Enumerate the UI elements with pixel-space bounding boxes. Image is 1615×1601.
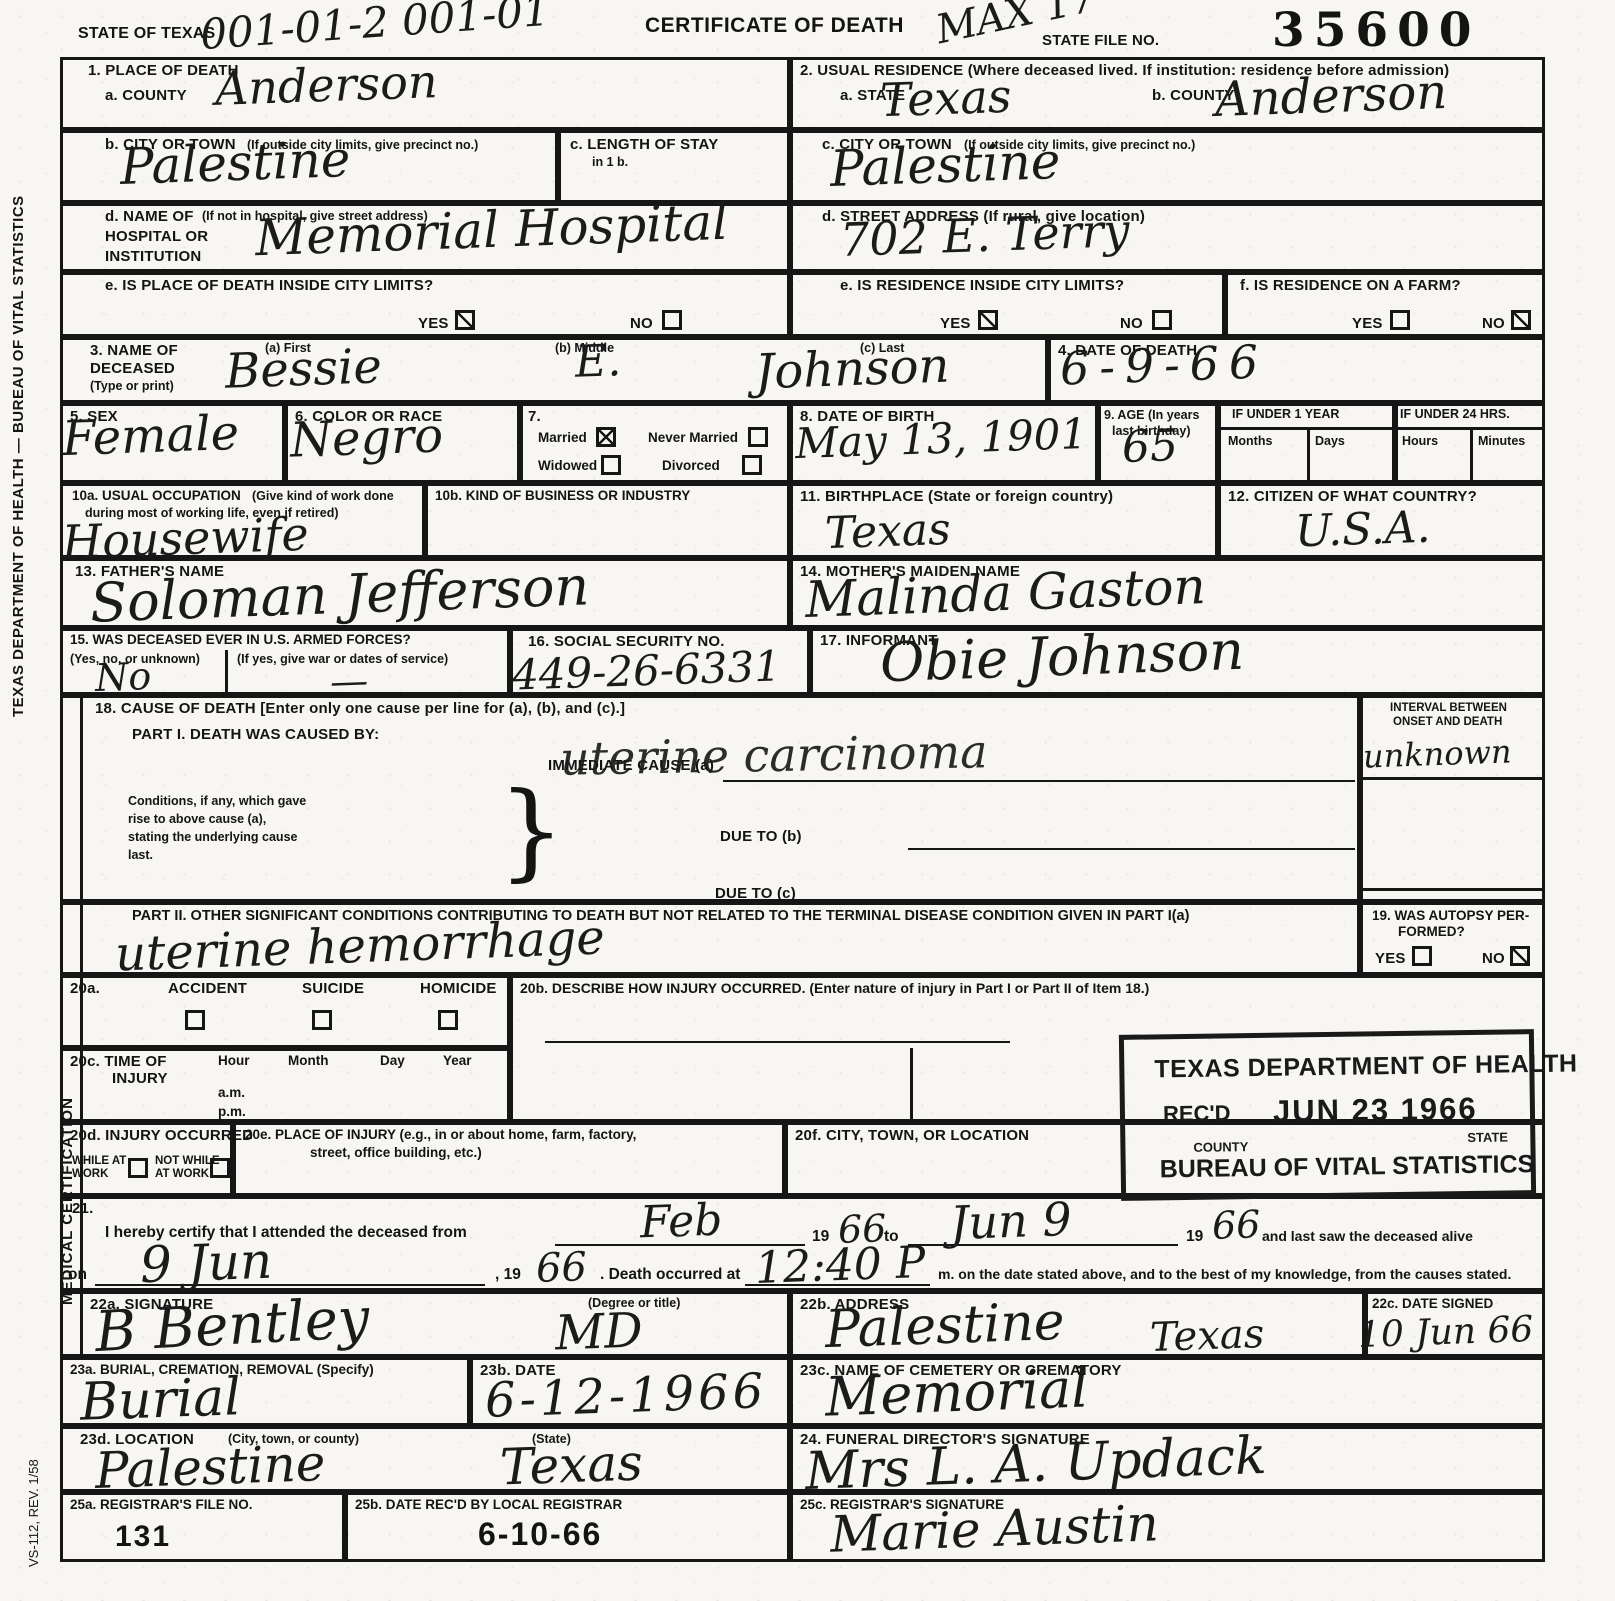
am-label: a.m.	[218, 1085, 245, 1101]
cemetery-value: Memorial	[824, 1361, 1089, 1424]
under-24-hrs-label: IF UNDER 24 HRS.	[1400, 407, 1510, 421]
state-file-number: 35600	[1272, 4, 1481, 58]
part1-label: PART I. DEATH WAS CAUSED BY:	[132, 726, 379, 743]
registrar-file-label: 25a. REGISTRAR'S FILE NO.	[70, 1497, 253, 1513]
time-of-injury-label1: 20c. TIME OF	[70, 1053, 167, 1070]
homicide-checkbox	[438, 1010, 458, 1030]
conditions-brace: }	[498, 770, 565, 892]
ssn-value: 449-26-6331	[511, 645, 781, 696]
birthplace-value: Texas	[824, 508, 951, 556]
name-label1: 3. NAME OF	[90, 342, 178, 359]
place-limits-no-label: NO	[630, 315, 653, 332]
received-stamp: TEXAS DEPARTMENT OF HEALTH REC'D JUN 23 …	[1119, 1029, 1536, 1201]
length-of-stay-label: c. LENGTH OF STAY	[570, 136, 718, 153]
residence-county-value: Anderson	[1214, 68, 1448, 124]
farm-no-checkbox	[1511, 310, 1531, 330]
due-to-c-line	[905, 877, 1355, 905]
place-of-injury-label2: street, office building, etc.)	[310, 1145, 482, 1161]
certify-19-2: 19	[1186, 1228, 1203, 1246]
married-checkbox	[596, 427, 616, 447]
under-1-year-label: IF UNDER 1 YEAR	[1232, 407, 1339, 421]
conditions-note: Conditions, if any, which gave rise to a…	[128, 792, 308, 865]
medical-strip-line	[80, 695, 83, 1357]
hospital-label2: HOSPITAL OR	[105, 228, 208, 245]
armed-forces-value: No	[94, 657, 151, 697]
residence-limits-yes-checkbox	[978, 310, 998, 330]
divider-line	[225, 650, 228, 695]
autopsy-yes-label: YES	[1375, 950, 1406, 967]
place-of-injury-label1: 20e. PLACE OF INJURY (e.g., in or about …	[245, 1127, 636, 1143]
mother-value: Malinda Gaston	[804, 561, 1206, 625]
immediate-cause-value: uterine carcinoma	[560, 728, 988, 781]
informant-value: Obie Johnson	[879, 624, 1245, 691]
suicide-checkbox	[312, 1010, 332, 1030]
autopsy-label1: 19. WAS AUTOPSY PER-	[1372, 908, 1529, 924]
farm-yes-checkbox	[1390, 310, 1410, 330]
registrar-file-value: 131	[115, 1520, 171, 1554]
stamp-line1: TEXAS DEPARTMENT OF HEALTH	[1154, 1050, 1578, 1085]
widowed-label: Widowed	[538, 458, 597, 474]
residence-limits-label: e. IS RESIDENCE INSIDE CITY LIMITS?	[840, 277, 1124, 294]
date-of-death-value: 6-9-66	[1059, 338, 1269, 391]
divider-line	[1360, 777, 1545, 780]
location-state-value: Texas	[499, 1438, 643, 1493]
widowed-checkbox	[601, 455, 621, 475]
occupation-hint1: (Give kind of work done	[252, 489, 394, 503]
middle-name-value: E.	[574, 339, 622, 385]
while-at-work-label2: WORK	[72, 1168, 108, 1181]
residence-limits-yes-label: YES	[940, 315, 971, 332]
farm-yes-label: YES	[1352, 315, 1383, 332]
describe-injury-label: 20b. DESCRIBE HOW INJURY OCCURRED. (Ente…	[520, 980, 1149, 996]
city-value: Palestine	[119, 134, 351, 192]
last-name-value: Johnson	[754, 342, 950, 397]
handwritten-file-code: 001-01-2 001-01	[199, 0, 551, 56]
certify-year2-value: 66	[1211, 1205, 1261, 1245]
signature-value: B Bentley	[94, 1291, 371, 1361]
certify-from-value: Feb	[639, 1199, 723, 1246]
year-label: Year	[443, 1053, 472, 1069]
place-limits-yes-label: YES	[418, 315, 449, 332]
certify-comma-19: , 19	[495, 1266, 521, 1284]
margin-form-code-text: VS-112, REV. 1/58	[26, 1392, 41, 1567]
state-file-no-label: STATE FILE NO.	[1042, 32, 1159, 49]
due-to-b-line	[908, 822, 1355, 850]
divorced-label: Divorced	[662, 458, 720, 474]
residence-state-value: Texas	[879, 73, 1012, 124]
occupation-label: 10a. USUAL OCCUPATION	[72, 488, 241, 504]
industry-label: 10b. KIND OF BUSINESS OR INDUSTRY	[435, 488, 690, 504]
county-label: a. COUNTY	[105, 87, 187, 104]
address-city-value: Palestine	[824, 1296, 1065, 1356]
cause-label: 18. CAUSE OF DEATH [Enter only one cause…	[95, 700, 625, 717]
divorced-checkbox	[742, 455, 762, 475]
divider-line	[1470, 427, 1473, 483]
length-of-stay-sub: in 1 b.	[592, 155, 628, 169]
address-state-value: Texas	[1149, 1314, 1265, 1358]
interval-value: unknown	[1362, 735, 1512, 772]
injury-occurred-label: 20d. INJURY OCCURRED	[70, 1127, 253, 1144]
autopsy-label2: FORMED?	[1398, 924, 1465, 940]
date-signed-label: 22c. DATE SIGNED	[1372, 1296, 1493, 1312]
divider-line	[910, 1048, 913, 1122]
name-label2: DECEASED	[90, 360, 175, 377]
stamp-line3: BUREAU OF VITAL STATISTICS	[1160, 1150, 1535, 1184]
hour-label: Hour	[218, 1053, 250, 1069]
occupation-value: Housewife	[61, 511, 309, 566]
describe-injury-line	[545, 1015, 1010, 1043]
place-limits-yes-checkbox	[455, 310, 475, 330]
injury-city-label: 20f. CITY, TOWN, OR LOCATION	[795, 1127, 1029, 1144]
while-at-work-label1: WHILE AT	[72, 1155, 126, 1168]
marital-label: 7.	[528, 408, 541, 425]
certify-text6: m. on the date stated above, and to the …	[938, 1266, 1511, 1282]
date-signed-value: 10 Jun 66	[1357, 1312, 1533, 1354]
certify-on-value: 9 Jun	[139, 1236, 273, 1291]
county-value: Anderson	[214, 58, 438, 112]
not-while-at-work-label2: AT WORK	[155, 1168, 209, 1181]
due-to-c-label: DUE TO (c)	[715, 885, 796, 902]
not-while-at-work-checkbox	[210, 1158, 230, 1178]
race-value: Negro	[289, 411, 444, 464]
autopsy-no-checkbox	[1510, 946, 1530, 966]
place-limits-no-checkbox	[662, 310, 682, 330]
autopsy-yes-checkbox	[1412, 946, 1432, 966]
citizen-label: 12. CITIZEN OF WHAT COUNTRY?	[1228, 488, 1477, 505]
never-married-checkbox	[748, 427, 768, 447]
location-city-value: Palestine	[94, 1438, 326, 1496]
pm-label: p.m.	[218, 1104, 246, 1120]
burial-date-value: 6-12-1966	[484, 1367, 768, 1425]
hospital-label3: INSTITUTION	[105, 248, 201, 265]
certify-time-value: 12:40 P	[754, 1241, 926, 1291]
hospital-label: d. NAME OF	[105, 208, 194, 225]
married-label: Married	[538, 430, 587, 446]
certify-text4: on	[68, 1266, 87, 1284]
residence-city-value: Palestine	[829, 136, 1061, 194]
hours-label: Hours	[1402, 434, 1438, 448]
divider-line	[1360, 888, 1545, 891]
accident-label: ACCIDENT	[168, 980, 247, 997]
sex-value: Female	[61, 409, 240, 463]
registrar-signature-value: Marie Austin	[829, 1498, 1159, 1559]
time-of-injury-label2: INJURY	[112, 1070, 168, 1087]
certify-to-value: Jun 9	[949, 1196, 1072, 1246]
certify-text5: . Death occurred at	[600, 1266, 740, 1284]
registrar-date-label: 25b. DATE REC'D BY LOCAL REGISTRAR	[355, 1497, 622, 1513]
due-to-b-label: DUE TO (b)	[720, 828, 802, 845]
autopsy-no-label: NO	[1482, 950, 1505, 967]
minutes-label: Minutes	[1478, 434, 1525, 448]
interval-label1: INTERVAL BETWEEN	[1390, 702, 1507, 715]
suicide-label: SUICIDE	[302, 980, 364, 997]
name-label3: (Type or print)	[90, 379, 174, 393]
armed-forces-label: 15. WAS DECEASED EVER IN U.S. ARMED FORC…	[70, 632, 411, 648]
certify-text3: and last saw the deceased alive	[1262, 1228, 1473, 1244]
never-married-label: Never Married	[648, 430, 738, 446]
armed-forces-dates-value: —	[329, 661, 368, 700]
birthplace-label: 11. BIRTHPLACE (State or foreign country…	[800, 488, 1113, 505]
funeral-director-value: Mrs L. A. Updack	[804, 1430, 1267, 1498]
stamp-date: JUN 23 1966	[1273, 1091, 1478, 1129]
first-name-value: Bessie	[224, 342, 382, 395]
interval-label2: ONSET AND DEATH	[1393, 716, 1502, 729]
residence-limits-no-checkbox	[1152, 310, 1172, 330]
accident-checkbox	[185, 1010, 205, 1030]
stamp-state-label: STATE	[1467, 1130, 1508, 1146]
registrar-date-value: 6-10-66	[478, 1516, 602, 1553]
state-of-texas-label: STATE OF TEXAS	[78, 25, 215, 43]
residence-limits-no-label: NO	[1120, 315, 1143, 332]
age-value: 65	[1121, 424, 1179, 470]
citizen-value: U.S.A.	[1294, 506, 1431, 555]
degree-value: MD	[554, 1306, 643, 1357]
margin-department-text: TEXAS DEPARTMENT OF HEALTH — BUREAU OF V…	[10, 212, 27, 717]
months-label: Months	[1228, 434, 1272, 448]
month-label: Month	[288, 1053, 328, 1069]
certify-year3-value: 66	[535, 1247, 587, 1289]
certify-number: 21.	[72, 1200, 93, 1217]
while-at-work-checkbox	[128, 1158, 148, 1178]
date-of-birth-value: May 13, 1901	[794, 413, 1087, 465]
homicide-label: HOMICIDE	[420, 980, 497, 997]
days-label: Days	[1315, 434, 1345, 448]
burial-value: Burial	[79, 1371, 242, 1429]
farm-label: f. IS RESIDENCE ON A FARM?	[1240, 277, 1461, 294]
divider-line	[1307, 427, 1310, 483]
stamp-recd-label: REC'D	[1163, 1100, 1231, 1126]
certificate-title: CERTIFICATE OF DEATH	[645, 14, 904, 38]
farm-no-label: NO	[1482, 315, 1505, 332]
20a-label: 20a.	[70, 980, 100, 997]
place-limits-label: e. IS PLACE OF DEATH INSIDE CITY LIMITS?	[105, 277, 433, 294]
street-address-value: 702 E. Terry	[839, 207, 1130, 263]
day-label: Day	[380, 1053, 405, 1069]
death-certificate-scan: TEXAS DEPARTMENT OF HEALTH — BUREAU OF V…	[0, 0, 1615, 1601]
